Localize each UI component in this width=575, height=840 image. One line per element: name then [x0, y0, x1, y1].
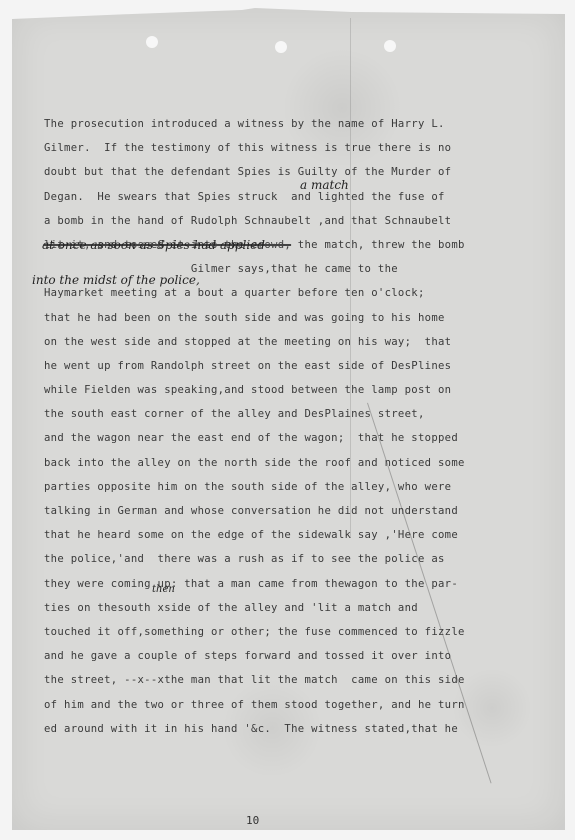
punch-hole: [146, 36, 158, 48]
text-line: the street, --x--xthe man that lit the m…: [44, 668, 554, 692]
handwritten-insert-a-match: a match: [300, 178, 349, 192]
remaining-text: the match, threw the bomb: [291, 239, 465, 251]
text-line: ties on thesouth xside of the alley and …: [44, 596, 554, 620]
text-line: a bomb in the hand of Rudolph Schnaubelt…: [44, 209, 554, 233]
typed-body: The prosecution introduced a witness by …: [44, 112, 554, 741]
text-line: while Fielden was speaking,and stood bet…: [44, 378, 554, 402]
handwritten-insert-into-midst: into the midst of the police,: [32, 273, 200, 287]
text-line: that he had been on the south side and w…: [44, 306, 554, 330]
text-line: parties opposite him on the south side o…: [44, 475, 554, 499]
handwritten-insert-at-once: at once as soon as Spies had applied: [42, 238, 265, 252]
text-line: they were coming up: that a man came fro…: [44, 572, 554, 596]
page-number: 10: [246, 814, 259, 827]
text-line: Gilmer. If the testimony of this witness…: [44, 136, 554, 160]
text-line: on the west side and stopped at the meet…: [44, 330, 554, 354]
handwritten-insert-then: then: [152, 584, 175, 595]
text-line: and the wagon near the east end of the w…: [44, 426, 554, 450]
text-line: touched it off,something or other; the f…: [44, 620, 554, 644]
punch-hole: [275, 41, 287, 53]
text-line: ed around with it in his hand '&c. The w…: [44, 717, 554, 741]
text-line: The prosecution introduced a witness by …: [44, 112, 554, 136]
text-line: the police,'and there was a rush as if t…: [44, 547, 554, 571]
text-line: talking in German and whose conversation…: [44, 499, 554, 523]
text-line: he went up from Randolph street on the e…: [44, 354, 554, 378]
text-line: the south east corner of the alley and D…: [44, 402, 554, 426]
text-line: that he heard some on the edge of the si…: [44, 523, 554, 547]
text-line: back into the alley on the north side th…: [44, 451, 554, 475]
text-line: Degan. He swears that Spies struck and l…: [44, 185, 554, 209]
punch-hole: [384, 40, 396, 52]
text-line: of him and the two or three of them stoo…: [44, 693, 554, 717]
text-line: doubt but that the defendant Spies is Gu…: [44, 160, 554, 184]
text-line: and he gave a couple of steps forward an…: [44, 644, 554, 668]
